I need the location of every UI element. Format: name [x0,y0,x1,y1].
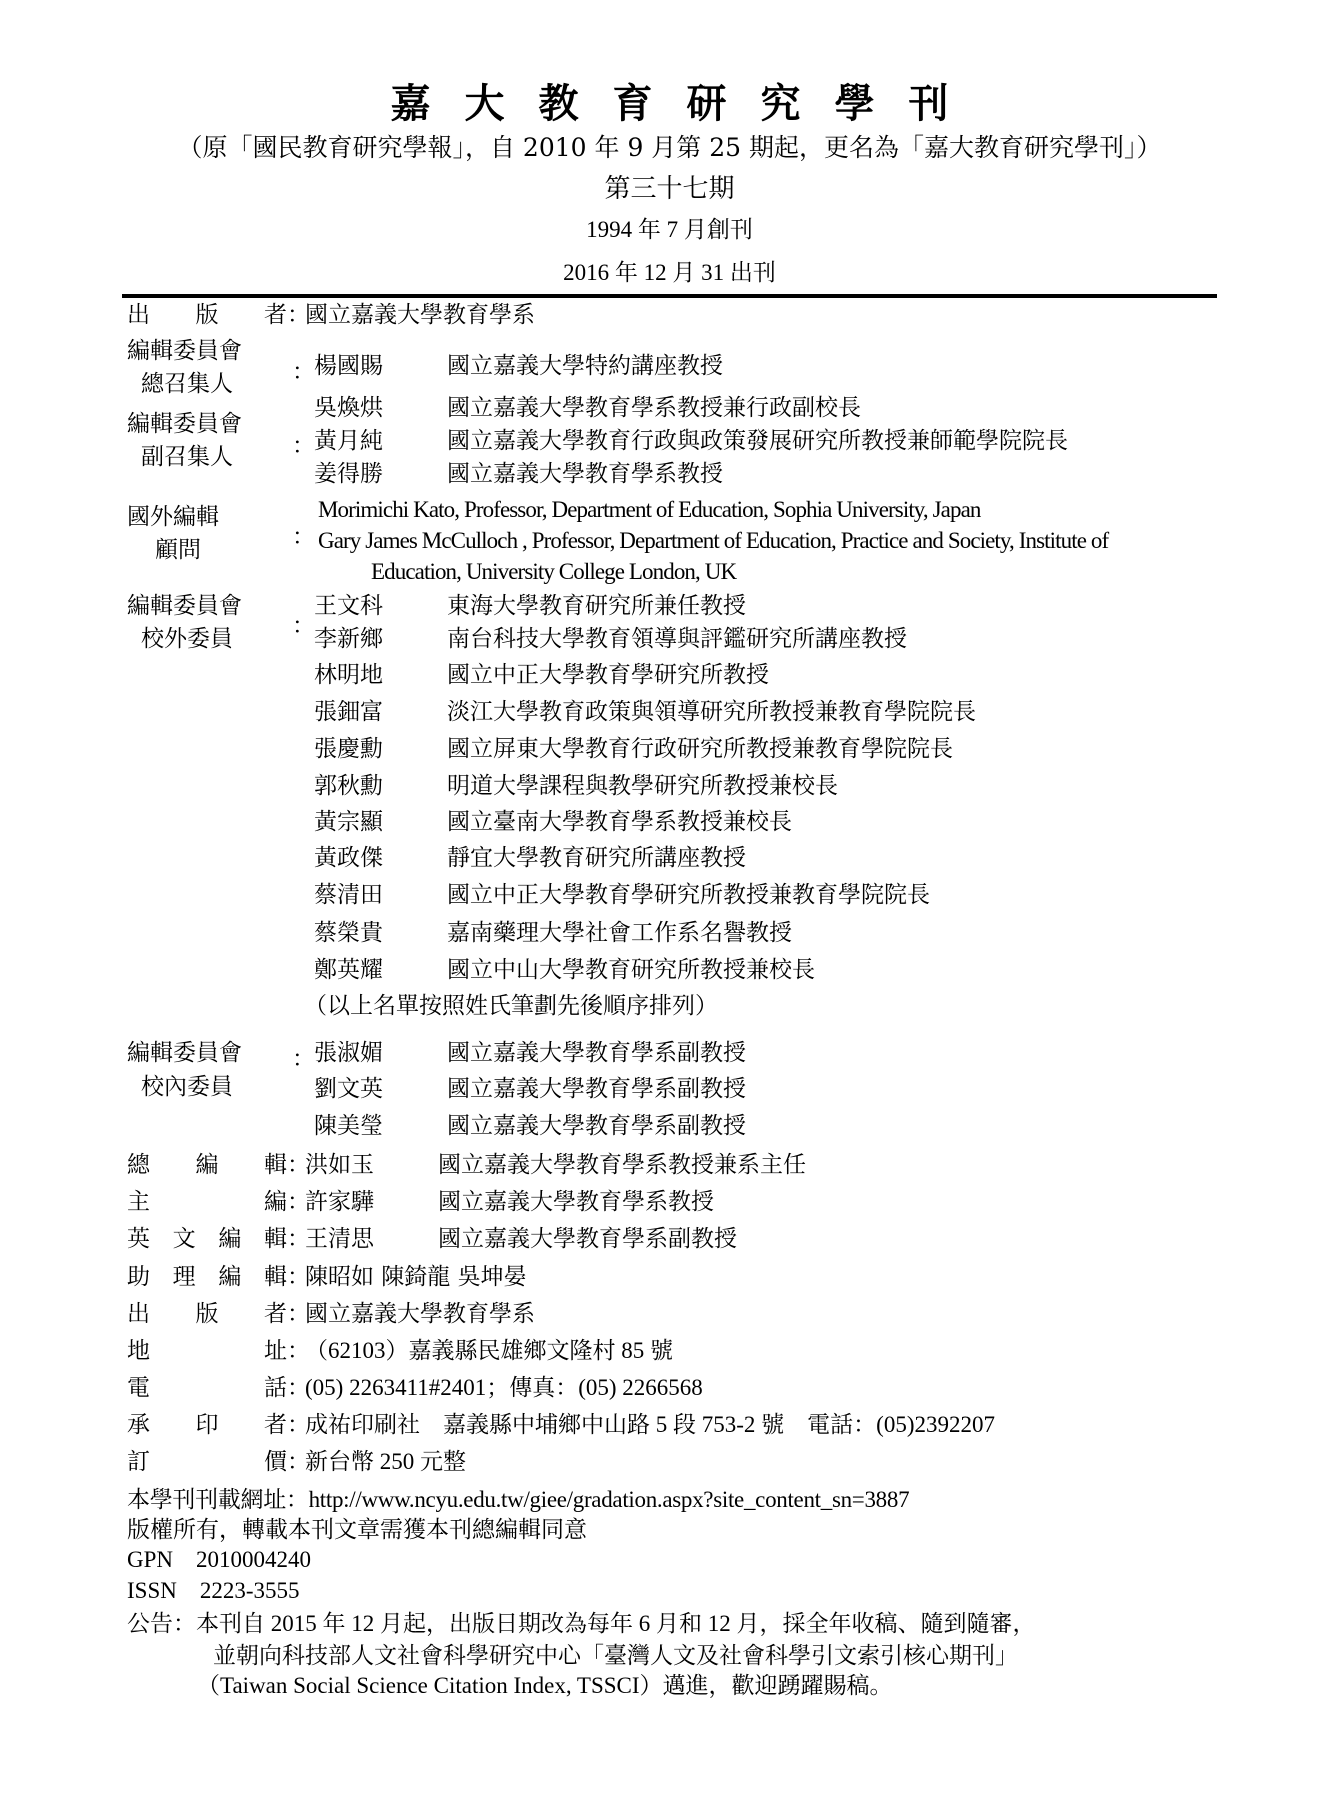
staff-label: 主編 [127,1187,287,1217]
header-rule [122,294,1217,298]
member-title: 嘉南藥理大學社會工作系名譽教授 [447,920,792,946]
issue-number: 第三十七期 [0,168,1339,205]
editor-in-chief-row: 總編輯：洪如玉國立嘉義大學教育學系教授兼系主任 [127,1150,806,1180]
member-title: 國立中山大學教育研究所教授兼校長 [447,957,815,983]
convener-member: 楊國賜國立嘉義大學特約講座教授 [314,351,723,381]
member-title: 東海大學教育研究所兼任教授 [447,593,746,619]
member-title: 明道大學課程與教學研究所教授兼校長 [447,773,838,799]
deputy-label-line1: 編輯委員會 [127,409,242,439]
member-title: 國立中正大學教育學研究所教授兼教育學院院長 [447,882,930,908]
external-label-line2: 校外委員 [141,624,233,654]
foreign-label-line2: 顧問 [155,535,201,565]
member-title: 國立嘉義大學教育學系副教授 [447,1113,746,1139]
member-name: 劉文英 [314,1074,447,1104]
info-label: 電話 [127,1373,287,1403]
announcement-line3: （Taiwan Social Science Citation Index, T… [197,1667,893,1700]
chief-editor-row: 主編：許家驊國立嘉義大學教育學系教授 [127,1187,714,1217]
publisher-label: 出版者 [127,300,287,330]
member-title: 國立嘉義大學特約講座教授 [447,353,723,379]
member-title: 國立中正大學教育學研究所教授 [447,662,769,688]
convener-label-line1: 編輯委員會 [127,336,242,366]
colon: ： [287,1336,305,1366]
member-title: 國立嘉義大學教育學系教授兼行政副校長 [447,395,861,421]
deputy-member: 姜得勝國立嘉義大學教育學系教授 [314,459,723,489]
member-title: 國立嘉義大學教育行政與政策發展研究所教授兼師範學院院長 [447,428,1068,454]
external-member: 鄭英耀國立中山大學教育研究所教授兼校長 [314,955,815,985]
colon: ： [287,300,305,330]
deputy-member: 吳煥烘國立嘉義大學教育學系教授兼行政副校長 [314,393,861,423]
external-member: 黃政傑靜宜大學教育研究所講座教授 [314,843,746,873]
external-member: 李新鄉南台科技大學教育領導與評鑑研究所講座教授 [314,624,907,654]
member-title: 國立嘉義大學教育學系副教授 [447,1040,746,1066]
member-name: 黃宗顯 [314,807,447,837]
colon: ： [292,607,315,640]
internal-member: 張淑媚國立嘉義大學教育學系副教授 [314,1038,746,1068]
member-name: 姜得勝 [314,459,447,489]
external-member: 王文科東海大學教育研究所兼任教授 [314,591,746,621]
convener-label-line2: 總召集人 [141,369,233,399]
member-name: 張淑媚 [314,1038,447,1068]
publication-date: 2016 年 12 月 31 出刊 [0,254,1339,287]
info-value: (05) 2263411#2401；傳真：(05) 2266568 [305,1375,703,1400]
founded-date: 1994 年 7 月創刊 [0,211,1339,244]
external-member: 張慶勳國立屏東大學教育行政研究所教授兼教育學院院長 [314,734,953,764]
internal-member: 劉文英國立嘉義大學教育學系副教授 [314,1074,746,1104]
member-title: 國立嘉義大學教育學系副教授 [447,1076,746,1102]
staff-name: 洪如玉 [305,1150,438,1180]
colon: ： [292,353,315,386]
member-name: 陳美瑩 [314,1111,447,1141]
colon: ： [292,1040,315,1073]
colon: ： [292,427,315,460]
colon: ： [287,1299,305,1329]
member-name: 張鈿富 [314,697,447,727]
member-title: 淡江大學教育政策與領導研究所教授兼教育學院院長 [447,699,976,725]
colon: ： [287,1262,305,1292]
member-name: 蔡清田 [314,880,447,910]
member-title: 國立屏東大學教育行政研究所教授兼教育學院院長 [447,736,953,762]
info-label: 地址 [127,1336,287,1366]
staff-name: 許家驊 [305,1187,438,1217]
publisher-value: 國立嘉義大學教育學系 [305,302,535,328]
info-label: 出版者 [127,1299,287,1329]
colon: ： [287,1373,305,1403]
external-member: 林明地國立中正大學教育學研究所教授 [314,660,769,690]
info-value: 成祐印刷社 嘉義縣中埔鄉中山路 5 段 753-2 號 電話：(05)23922… [305,1412,995,1437]
staff-label: 總編輯 [127,1150,287,1180]
colon: ： [287,1447,305,1477]
info-label: 承印者 [127,1410,287,1440]
english-editor-row: 英文編輯：王清思國立嘉義大學教育學系副教授 [127,1224,737,1254]
info-value: 陳昭如 陳錡龍 吳坤晏 [305,1264,527,1290]
deputy-label-line2: 副召集人 [141,442,233,472]
member-name: 林明地 [314,660,447,690]
member-name: 楊國賜 [314,351,447,381]
external-label-line1: 編輯委員會 [127,591,242,621]
printer-row: 承印者：成祐印刷社 嘉義縣中埔鄉中山路 5 段 753-2 號 電話：(05)2… [127,1410,995,1440]
website-url[interactable]: 本學刊刊載網址：http://www.ncyu.edu.tw/giee/grad… [127,1481,909,1514]
member-name: 李新鄉 [314,624,447,654]
colon: ： [292,518,315,551]
info-value: 新台幣 250 元整 [305,1449,466,1474]
assistant-editors-row: 助理編輯：陳昭如 陳錡龍 吳坤晏 [127,1262,527,1292]
ordering-note: （以上名單按照姓氏筆劃先後順序排列） [304,991,718,1021]
staff-title: 國立嘉義大學教育學系副教授 [438,1226,737,1252]
member-title: 靜宜大學教育研究所講座教授 [447,845,746,871]
member-name: 郭秋勳 [314,771,447,801]
announcement-line2: 並朝向科技部人文社會科學研究中心「臺灣人文及社會科學引文索引核心期刊」 [213,1637,1018,1670]
price-row: 訂價：新台幣 250 元整 [127,1447,466,1477]
colon: ： [287,1224,305,1254]
member-name: 吳煥烘 [314,393,447,423]
foreign-advisor-line: Morimichi Kato, Professor, Department of… [318,497,980,523]
colon: ： [287,1150,305,1180]
staff-title: 國立嘉義大學教育學系教授 [438,1189,714,1215]
external-member: 黃宗顯國立臺南大學教育學系教授兼校長 [314,807,792,837]
member-title: 南台科技大學教育領導與評鑑研究所講座教授 [447,626,907,652]
external-member: 蔡清田國立中正大學教育學研究所教授兼教育學院院長 [314,880,930,910]
internal-label-line2: 校內委員 [141,1072,233,1102]
member-name: 蔡榮貴 [314,918,447,948]
member-title: 國立臺南大學教育學系教授兼校長 [447,809,792,835]
deputy-member: 黃月純國立嘉義大學教育行政與政策發展研究所教授兼師範學院院長 [314,426,1068,456]
phone-row: 電話：(05) 2263411#2401；傳真：(05) 2266568 [127,1373,703,1403]
announcement-line1: 公告：本刊自 2015 年 12 月起，出版日期改為每年 6 月和 12 月，採… [127,1605,1036,1638]
issn-number: ISSN 2223-3555 [127,1572,300,1605]
colon: ： [287,1187,305,1217]
foreign-label-line1: 國外編輯 [127,502,219,532]
info-label: 訂價 [127,1447,287,1477]
copyright-notice: 版權所有，轉載本刊文章需獲本刊總編輯同意 [127,1511,587,1544]
publisher-row-bottom: 出版者：國立嘉義大學教育學系 [127,1299,535,1329]
member-name: 黃月純 [314,426,447,456]
foreign-advisor-line: Education, University College London, UK [371,559,736,585]
gpn-number: GPN 2010004240 [127,1541,311,1574]
internal-member: 陳美瑩國立嘉義大學教育學系副教授 [314,1111,746,1141]
journal-subtitle: （原「國民教育研究學報」，自 2010 年 9 月第 25 期起，更名為「嘉大教… [0,128,1339,164]
info-label: 助理編輯 [127,1262,287,1292]
staff-title: 國立嘉義大學教育學系教授兼系主任 [438,1152,806,1178]
member-name: 張慶勳 [314,734,447,764]
info-value: 國立嘉義大學教育學系 [305,1301,535,1327]
external-member: 張鈿富淡江大學教育政策與領導研究所教授兼教育學院院長 [314,697,976,727]
journal-title: 嘉大教育研究學刊 [0,72,1339,129]
colon: ： [287,1410,305,1440]
info-value: （62103）嘉義縣民雄鄉文隆村 85 號 [305,1338,673,1363]
publisher-row: 出版者：國立嘉義大學教育學系 [127,300,535,330]
staff-name: 王清思 [305,1224,438,1254]
member-name: 黃政傑 [314,843,447,873]
staff-label: 英文編輯 [127,1224,287,1254]
external-member: 郭秋勳明道大學課程與教學研究所教授兼校長 [314,771,838,801]
external-member: 蔡榮貴嘉南藥理大學社會工作系名譽教授 [314,918,792,948]
member-name: 王文科 [314,591,447,621]
foreign-advisor-line: Gary James McCulloch , Professor, Depart… [318,528,1108,554]
internal-label-line1: 編輯委員會 [127,1038,242,1068]
address-row: 地址：（62103）嘉義縣民雄鄉文隆村 85 號 [127,1336,673,1366]
member-name: 鄭英耀 [314,955,447,985]
member-title: 國立嘉義大學教育學系教授 [447,461,723,487]
